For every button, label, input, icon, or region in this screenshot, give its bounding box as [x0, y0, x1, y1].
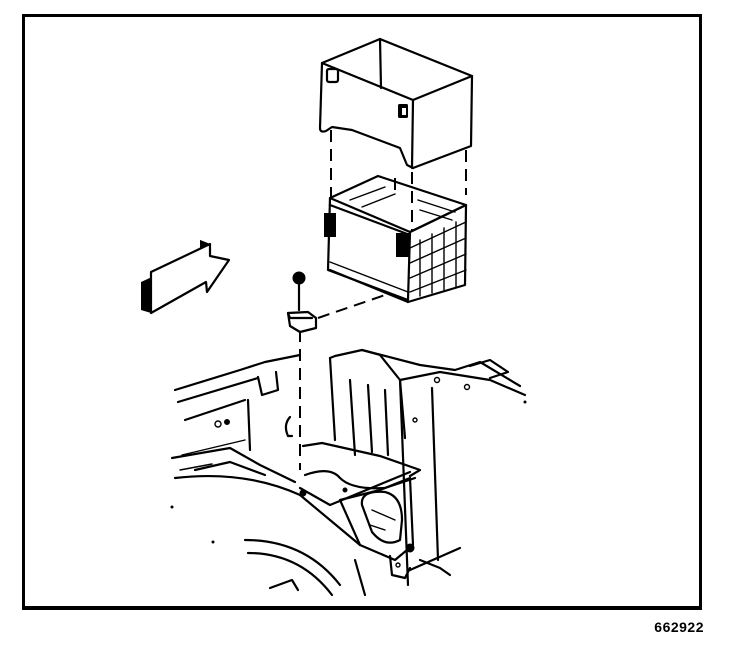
battery-diagram	[0, 0, 752, 650]
hold-down-retainer	[288, 312, 316, 332]
view-direction-arrow	[141, 240, 229, 313]
alignment-lines	[300, 130, 466, 470]
figure-number: 662922	[654, 619, 704, 635]
hold-down-bolt	[293, 272, 305, 310]
battery	[324, 176, 466, 302]
battery-insulator	[320, 39, 472, 168]
battery-tray-structure	[171, 350, 526, 595]
